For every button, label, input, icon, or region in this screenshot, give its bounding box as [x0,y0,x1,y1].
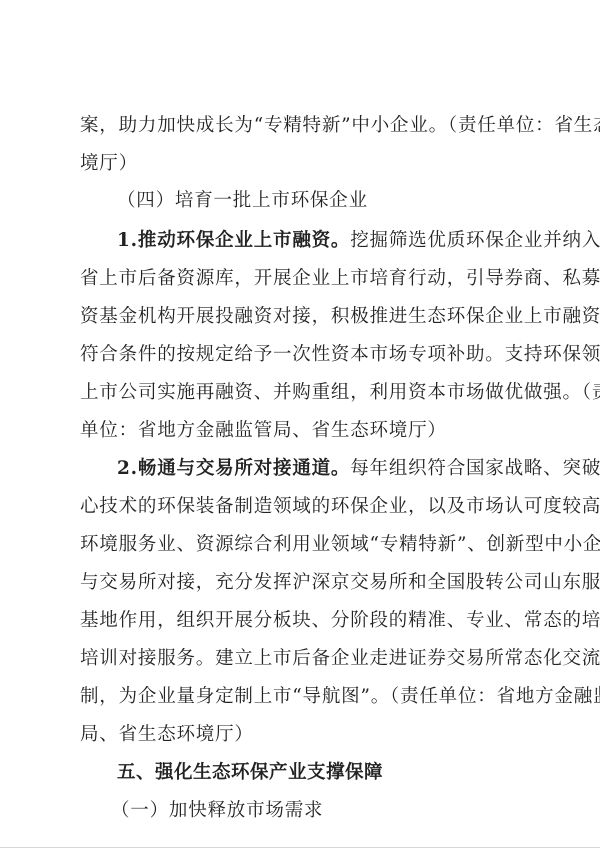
paragraph-line: 单位：省地方金融监管局、省生态环境厅） [80,419,525,443]
paragraph-line: 心技术的环保装备制造领域的环保企业，以及市场认可度较高的 [80,495,525,519]
paragraph-line: 境厅） [80,152,525,176]
paragraph-line: 符合条件的按规定给予一次性资本市场专项补助。支持环保领域 [80,343,525,367]
paragraph-line: 环境服务业、资源综合利用业领域“专精特新”、创新型中小企业 [80,533,525,557]
item-title: 1.推动环保企业上市融资。 [117,230,350,251]
document-page: 案，助力加快成长为“专精特新”中小企业。（责任单位：省生态环 境厅） （四）培育… [0,0,600,848]
paragraph-line: 案，助力加快成长为“专精特新”中小企业。（责任单位：省生态环 [80,114,525,138]
paragraph-line: 上市公司实施再融资、并购重组，利用资本市场做优做强。（责任 [80,381,525,405]
item-title: 2.畅通与交易所对接通道。 [117,458,350,479]
subsection-heading: （一）加快释放市场需求 [111,799,519,823]
paragraph-line: 基地作用，组织开展分板块、分阶段的精准、专业、常态的培育 [80,609,525,633]
subsection-heading: （四）培育一批上市环保企业 [117,189,525,213]
paragraph-line: 局、省生态环境厅） [80,723,525,747]
paragraph-line: 1.推动环保企业上市融资。挖掘筛选优质环保企业并纳入全 [117,229,525,253]
paragraph-line: 2.畅通与交易所对接通道。每年组织符合国家战略、突破核 [117,457,525,481]
paragraph-line: 资基金机构开展投融资对接，积极推进生态环保企业上市融资， [80,305,525,329]
paragraph-line: 制，为企业量身定制上市“导航图”。（责任单位：省地方金融监管 [80,685,525,709]
paragraph-line: 省上市后备资源库，开展企业上市培育行动，引导券商、私募投 [80,267,525,291]
section-heading: 五、强化生态环保产业支撑保障 [117,761,525,785]
paragraph-line: 与交易所对接，充分发挥沪深京交易所和全国股转公司山东服务 [80,571,525,595]
paragraph-line: 培训对接服务。建立上市后备企业走进证券交易所常态化交流机 [80,647,525,671]
